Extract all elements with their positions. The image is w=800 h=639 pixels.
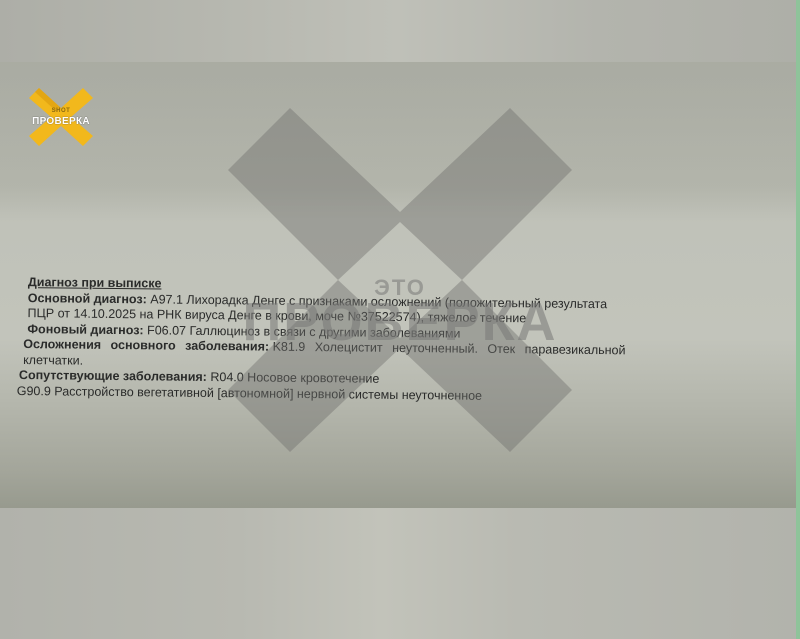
logo-small-text: SHOT <box>27 108 95 114</box>
photo-frame-bottom <box>0 508 796 639</box>
main-diagnosis-label: Основной диагноз: <box>28 291 147 306</box>
complications-text: K81.9 Холецистит неуточненный. Отек пара… <box>273 340 626 358</box>
complications-label: Осложнения основного заболевания: <box>23 337 269 354</box>
background-diagnosis-label: Фоновый диагноз: <box>27 322 143 337</box>
photo-frame-top <box>0 0 796 62</box>
logo-big-text: ПРОВЕРКА <box>27 116 95 127</box>
green-edge <box>796 0 800 639</box>
background-diagnosis-text: F06.07 Галлюциноз в связи с другими забо… <box>147 323 461 340</box>
discharge-diagnosis-block: Диагноз при выписке Основной диагноз: A9… <box>19 275 765 407</box>
document-photo: Диагноз при выписке Основной диагноз: A9… <box>0 62 796 508</box>
concomitant-text: R04.0 Носовое кровотечение <box>210 370 379 386</box>
concomitant-label: Сопутствующие заболевания: <box>19 368 207 384</box>
brand-logo: SHOT ПРОВЕРКА <box>27 88 95 146</box>
shadow-overlay <box>0 62 796 212</box>
